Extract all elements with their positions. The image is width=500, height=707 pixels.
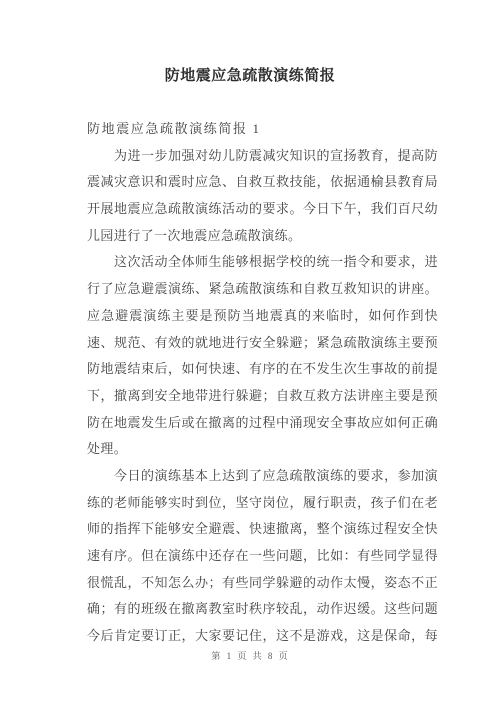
body-line: 练的老师能够实时到位，坚守岗位，履行职责，孩子们在老 — [87, 490, 438, 517]
body-line: 今日的演练基本上达到了应急疏散演练的要求，参加演 — [87, 463, 438, 490]
paragraphs-container: 为进一步加强对幼儿防震减灾知识的宣扬教育，提高防震减灾意识和震时应急、自救互救技… — [87, 143, 438, 650]
document-title: 防地震应急疏散演练简报 — [0, 63, 500, 89]
paragraph: 这次活动全体师生能够根据学校的统一指令和要求，进行了应急避震演练、紧急疏散演练和… — [87, 249, 438, 463]
body-line: 为进一步加强对幼儿防震减灾知识的宣扬教育，提高防 — [87, 143, 438, 170]
body-line: 处理。 — [87, 436, 438, 463]
body-line: 防在地震发生后或在撤离的过程中涌现安全事故应如何正确 — [87, 410, 438, 437]
document-body: 防地震应急疏散演练简报 1 为进一步加强对幼儿防震减灾知识的宣扬教育，提高防震减… — [87, 116, 438, 650]
page-number-label: 第 1 页 共 8 页 — [211, 651, 288, 661]
paragraph: 今日的演练基本上达到了应急疏散演练的要求，参加演练的老师能够实时到位，坚守岗位，… — [87, 463, 438, 650]
body-line: 这次活动全体师生能够根据学校的统一指令和要求，进 — [87, 249, 438, 276]
body-line: 今后肯定要订正，大家要记住，这不是游戏，这是保命，每 — [87, 623, 438, 650]
body-line: 速有序。但在演练中还存在一些问题，比如：有些同学显得 — [87, 543, 438, 570]
paragraph: 为进一步加强对幼儿防震减灾知识的宣扬教育，提高防震减灾意识和震时应急、自救互救技… — [87, 143, 438, 250]
body-line: 行了应急避震演练、紧急疏散演练和自救互救知识的讲座。 — [87, 276, 438, 303]
body-line: 开展地震应急疏散演练活动的要求。今日下午，我们百尺幼 — [87, 196, 438, 223]
page-footer: 第 1 页 共 8 页 — [0, 649, 500, 663]
document-page: 防地震应急疏散演练简报 防地震应急疏散演练简报 1 为进一步加强对幼儿防震减灾知… — [0, 0, 500, 707]
body-line: 应急避震演练主要是预防当地震真的来临时，如何作到快 — [87, 303, 438, 330]
body-line: 下，撤离到安全地带进行躲避；自救互救方法讲座主要是预 — [87, 383, 438, 410]
body-line: 师的指挥下能够安全避震、快速撤离，整个演练过程安全快 — [87, 516, 438, 543]
body-line: 防地震结束后，如何快速、有序的在不发生次生事故的前提 — [87, 356, 438, 383]
body-line: 儿园进行了一次地震应急疏散演练。 — [87, 223, 438, 250]
body-line: 很慌乱，不知怎么办；有些同学躲避的动作太慢，姿态不正 — [87, 570, 438, 597]
body-line: 速、规范、有效的就地进行安全躲避；紧急疏散演练主要预 — [87, 330, 438, 357]
body-line: 震减灾意识和震时应急、自救互救技能，依据通榆县教育局 — [87, 169, 438, 196]
document-subtitle: 防地震应急疏散演练简报 1 — [87, 116, 438, 143]
body-line: 确；有的班级在撤离教室时秩序较乱，动作迟缓。这些问题 — [87, 596, 438, 623]
